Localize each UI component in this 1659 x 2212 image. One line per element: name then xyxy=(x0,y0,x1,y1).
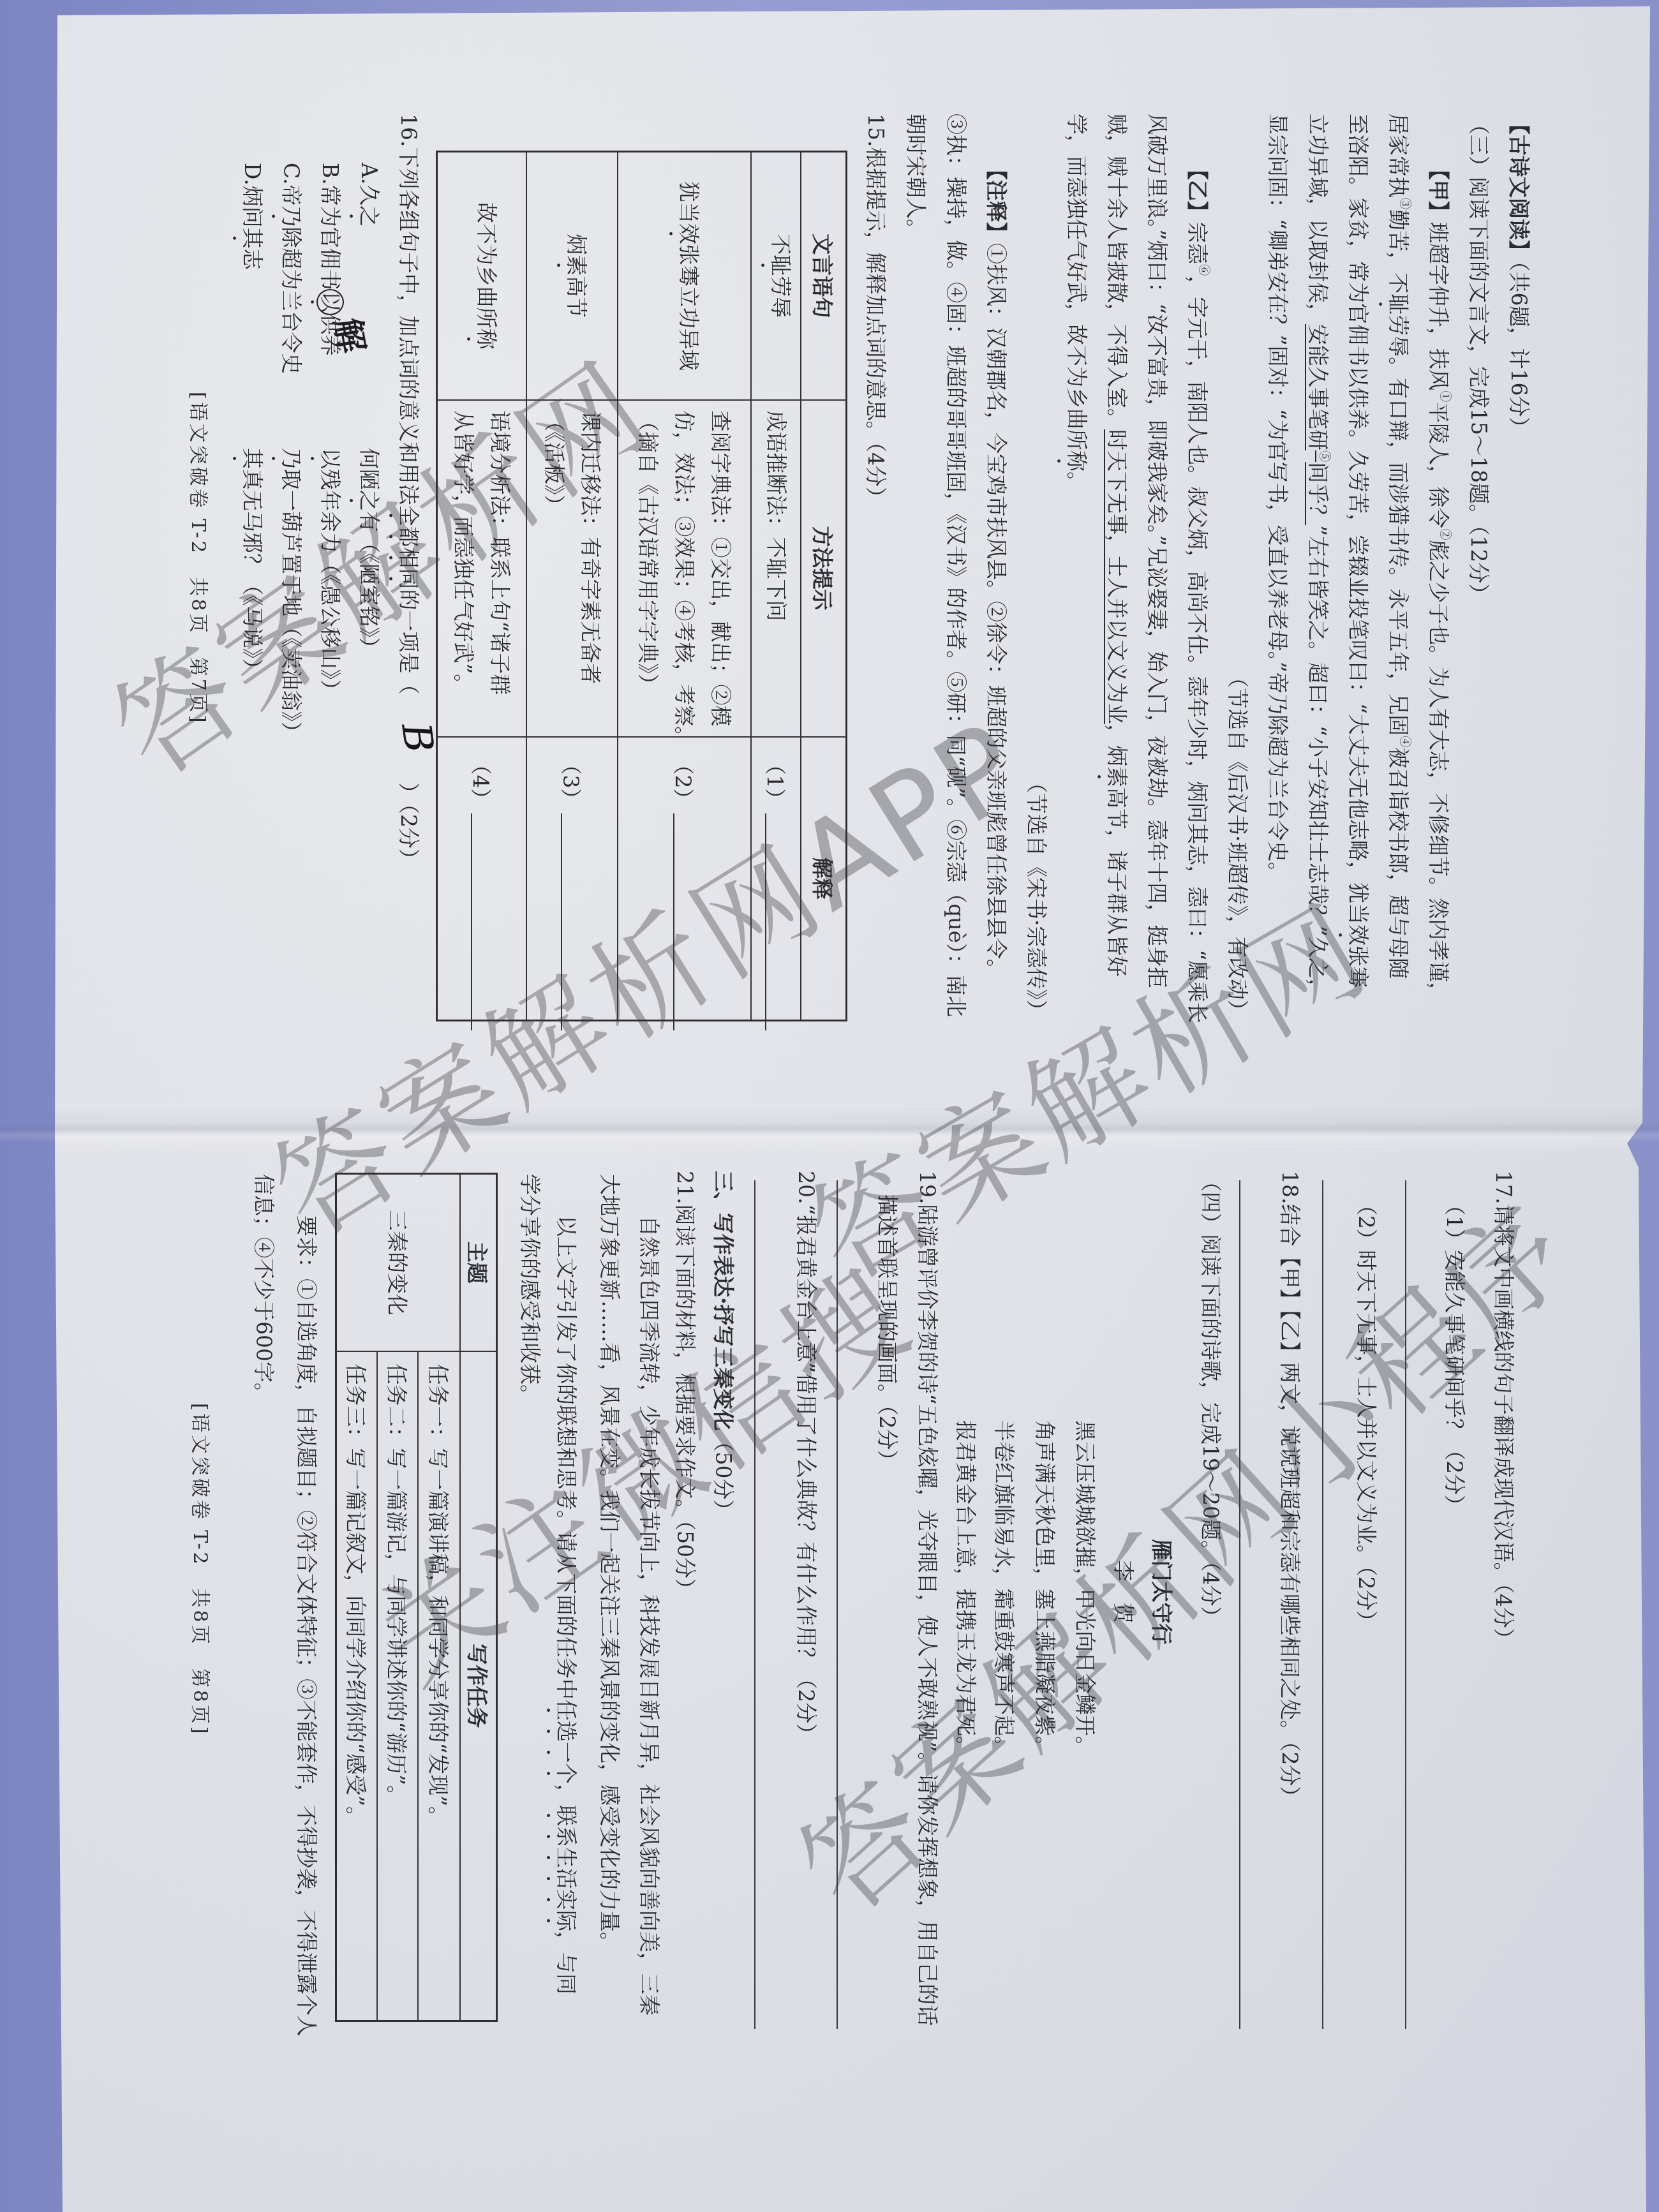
paper-fold xyxy=(0,1123,1659,1142)
option-a: A.久之 xyxy=(356,163,382,226)
writing-task-table: 主题 写作任务 三秦的变化 任务一：写一篇演讲稿，和同学分享你的“发现”。 任务… xyxy=(335,1173,498,2022)
material-line: 以上文字引发了你的联想和思考。请从下面的任务中任选一个，联系生活实际，与同 xyxy=(553,1215,579,1994)
cell-method-hint: 成语推断法：不耻下问 xyxy=(752,400,801,737)
emphasized-char: 素 xyxy=(1105,766,1129,787)
cell-sentence: 炳素高节 xyxy=(527,152,618,400)
cell-explanation: （3） xyxy=(527,737,618,1021)
material-line: 学分享你的感受和收获。 xyxy=(517,1174,542,1406)
option-b: B.常为官佣书以供养 xyxy=(317,163,343,356)
answer-label: （2） xyxy=(671,754,696,810)
question-19-stem-cont: 描述首联呈现的画面。（2分） xyxy=(874,1194,900,1471)
poem-line: 半卷红旗临易水，霜重鼓寒声不起。 xyxy=(991,1420,1016,1757)
option-a-compare: 何陋之有（《陋室铭》） xyxy=(356,448,382,658)
table-header-row: 主题 写作任务 xyxy=(461,1174,497,2021)
passage-line: 贼，贼十余人皆披散，不得入室。时天下无事，士人并以文义为业，炳素高节，诸子群从皆… xyxy=(1104,114,1129,977)
cell-method-hint: 语境分析法：联系上句“诸子群 从皆好学，而悫独任气好武”。 xyxy=(437,400,527,737)
answer-line xyxy=(1405,1180,1406,2029)
hint-line: （摘自《古汉语常用字字典》） xyxy=(630,411,667,736)
emphasized-char: 效 xyxy=(677,223,702,244)
passage-line: 【乙】宗悫⑥，字元干，南阳人也。叔父炳，高尚不仕。悫年少时，炳问其志，悫曰：“愿… xyxy=(1184,159,1210,1023)
annotation-line: 朝时宋朝人。 xyxy=(903,114,928,240)
question-18-stem: 18.结合【甲】【乙】两文，说说班超和宗悫有哪些相同之处。（2分） xyxy=(1277,1171,1302,1807)
option-label: C. xyxy=(279,163,304,185)
option-text-left: 常为官佣书以供养 xyxy=(318,185,343,356)
material-line: 自然景色四季流转，少年成长拔节向上，科技发展日新月异，社会风貌向善向美，三秦 xyxy=(636,1215,662,2015)
passage-line: 风破万里浪。”炳曰：“汝不富贵，即破我家矣。”兄泌娶妻，始入门，夜被劫。悫年十四… xyxy=(1144,114,1170,988)
requirements-line: 信息；④不少于600字。 xyxy=(251,1174,276,1404)
annotation-line: ③执：操持，做。④固：班超的哥哥班固，《汉书》的作者。⑤研：同“砚”。⑥宗悫（q… xyxy=(943,114,969,1017)
hint-line: （《活板》） xyxy=(536,411,572,736)
option-label: B. xyxy=(318,163,343,185)
emphasized-char: 其 xyxy=(240,448,265,469)
answer-line xyxy=(837,1180,838,2029)
answer-label: （1） xyxy=(763,754,787,810)
passage-line: 立功异域，以取封侯，安能久事笔研⑤间乎？”左右皆笑之。超曰：“小子安知壮士志哉？… xyxy=(1305,114,1330,1000)
bold-label: 【古诗文阅读】 xyxy=(1506,114,1531,261)
passage-line: 显宗问固：“卿弟安在？”固对：“为官写书，受直以养老母。”帝乃除超为兰台令史。 xyxy=(1265,114,1290,883)
answer-blank xyxy=(471,813,472,1030)
note-marker: ③ xyxy=(1398,198,1411,209)
bold-label: 【乙】 xyxy=(1185,159,1210,222)
emphasized-char: 素 xyxy=(565,255,590,276)
header-sentence: 文言语句 xyxy=(801,152,847,400)
bold-label: 【甲】 xyxy=(1426,159,1451,222)
cell-sentence: 不耻劳辱 xyxy=(752,152,801,400)
requirements-line: 要求：①自选角度，自拟题目；②符合文体特征；③不能套作，不得抄袭，不得泄露个人 xyxy=(294,1215,319,2037)
option-b-compare: 以残年余力（《愚公移山》） xyxy=(317,448,343,701)
passage-line: 至洛阳。家贫，常为官佣书以供养。久劳苦，尝辍业投笔叹曰：“大丈夫无他志略，犹当效… xyxy=(1345,114,1371,988)
question-21-stem: 21.阅读下面的材料，根据要求作文。（50分） xyxy=(672,1171,697,1600)
emphasized-char: 以 xyxy=(318,448,343,469)
answer-line xyxy=(754,1180,755,2029)
option-text-left: 炳问其志 xyxy=(240,186,265,270)
hint-line: 查阅字典法：①交出，献出；②模 xyxy=(703,411,740,736)
poem-line: 角声满天秋色里，塞上燕脂凝夜紫。 xyxy=(1032,1420,1057,1757)
question-15-table: 文言语句 方法提示 解释 不耻劳辱 成语推断法：不耻下问 （1） 犹当效张骞立功… xyxy=(436,151,847,1021)
underlined-sentence: 时天下无事，士人并以文义为业 xyxy=(1105,429,1129,724)
hint-line: 从皆好学，而悫独任气好武”。 xyxy=(445,411,482,736)
cell-explanation: （1） xyxy=(752,737,801,1021)
table-row: 故不为乡曲所称 语境分析法：联系上句“诸子群 从皆好学，而悫独任气好武”。 （4… xyxy=(437,152,527,1021)
answer-blank xyxy=(765,813,766,1030)
passage-line: 居家常执③勤苦，不耻劳辱。有口辩，而涉猎书传。永平五年，兄固④被召诣校书郎，超与… xyxy=(1385,114,1411,979)
table-row: 炳素高节 课内迁移法：有奇字素无备者 （《活板》） （3） xyxy=(527,152,618,1021)
emphasized-char: 效 xyxy=(1346,924,1371,946)
hint-line: 课内迁移法：有奇字素无备者 xyxy=(572,411,609,736)
emphasized-char: 其 xyxy=(240,228,265,249)
table-row: 三秦的变化 任务一：写一篇演讲稿，和同学分享你的“发现”。 xyxy=(419,1174,461,2021)
answer-line xyxy=(1322,1180,1323,2029)
note-marker: ⑥ xyxy=(1197,264,1210,276)
subsection-heading: （三）阅读下面的文言文，完成15～18题。（12分） xyxy=(1466,114,1491,604)
answer-label: （4） xyxy=(468,754,493,810)
passage-line: 【甲】班超字仲升，扶风①平陵人，徐令②彪之少子也。为人有大志，不修细节。然内孝谨… xyxy=(1425,159,1451,1003)
poem-author: 李 贺 xyxy=(1110,1467,1136,1716)
cell-sentence: 故不为乡曲所称 xyxy=(437,152,527,400)
underlined-sentence: 间乎？ xyxy=(1306,462,1330,525)
emphasized-char: 耻 xyxy=(1386,293,1411,315)
emphasized-char: 耻 xyxy=(768,255,793,276)
option-c: C.帝乃除超为兰台令史 xyxy=(278,163,304,375)
poem-line: 黑云压城城欲摧，甲光向日金鳞开。 xyxy=(1072,1420,1097,1757)
part-4-heading: （四）阅读下面的诗歌，完成19～20题。（4分） xyxy=(1198,1171,1223,1627)
header-writing-task: 写作任务 xyxy=(461,1351,497,2021)
note-marker: ④ xyxy=(1398,736,1411,747)
emphasized-char: 之 xyxy=(357,490,382,511)
emphasized-char: 全都相同 xyxy=(396,505,421,589)
cell-theme: 三秦的变化 xyxy=(336,1174,461,1351)
passage-line: 学，而悫独任气好武，故不为乡曲所称。 xyxy=(1064,114,1089,493)
question-17-item: （2）时天下无事，士人并以文义为业。（2分） xyxy=(1353,1194,1379,1632)
hint-line: 语境分析法：联系上句“诸子群 xyxy=(482,411,518,736)
option-label: A. xyxy=(357,163,382,184)
material-line: 大地万象更新……看，风景在变。我们一起关注三秦风景的变化，感受变化的力量。 xyxy=(597,1174,622,1953)
underlined-sentence: 安能久事笔研 xyxy=(1306,324,1330,450)
hint-line: 仿，效法；③效果；④考核，考察。 xyxy=(667,411,703,736)
cell-method-hint: 查阅字典法：①交出，献出；②模 仿，效法；③效果；④考核，考察。 （摘自《古汉语… xyxy=(618,400,752,737)
circled-char: 以 xyxy=(316,289,344,315)
answer-blank xyxy=(562,813,563,1030)
question-15-stem: 15.根据提示，解释加点词的意思。（4分） xyxy=(863,114,888,508)
note-marker: ⑤ xyxy=(1318,450,1331,462)
question-17-stem: 17.请将文中画横线的句子翻译成现代汉语。（4分） xyxy=(1491,1171,1516,1649)
cell-sentence: 犹当效张骞立功异域 xyxy=(618,152,752,400)
table-header-row: 文言语句 方法提示 解释 xyxy=(801,152,847,1021)
emphasized-char: 称 xyxy=(1064,450,1089,471)
section-3-heading: 三、写作表达·抒写三秦变化（50分） xyxy=(710,1171,736,1521)
table-row: 不耻劳辱 成语推断法：不耻下问 （1） xyxy=(752,152,801,1021)
cell-task: 任务二：写一篇游记，与同学讲述你的“游历”。 xyxy=(378,1351,419,2021)
answer-blank xyxy=(674,813,675,1030)
poem-title: 雁门太守行 xyxy=(1149,1467,1174,1716)
page-footer: [语文突破卷 T-2 共8页 第7页] xyxy=(185,392,211,725)
question-20-stem: 20.“报君黄金台上意”借用了什么典故？有什么作用？（2分） xyxy=(793,1171,819,1744)
answer-line xyxy=(1239,1180,1240,2029)
question-17-item: （1）安能久事笔研间乎？（2分） xyxy=(1441,1194,1467,1516)
emphasized-char: 乃 xyxy=(279,206,304,227)
handwritten-answer: B xyxy=(411,695,423,782)
bold-label: 三、写作表达·抒写三秦变化 xyxy=(711,1171,736,1431)
option-c-compare: 乃取一葫芦置于地（《卖油翁》） xyxy=(278,448,304,743)
option-d-compare: 其真无马邪？（《马说》） xyxy=(239,448,265,679)
poem-line: 报君黄金台上意，提携玉龙为君死。 xyxy=(953,1420,978,1757)
cell-explanation: （4） xyxy=(437,737,527,1021)
table-row: 犹当效张骞立功异域 查阅字典法：①交出，献出；②模 仿，效法；③效果；④考核，考… xyxy=(618,152,752,1021)
option-label: D. xyxy=(240,163,265,186)
note-marker: ② xyxy=(1438,528,1452,540)
answer-label: （3） xyxy=(559,754,584,810)
page-footer: [语文突破卷 T-2 共8页 第8页] xyxy=(187,1403,212,1736)
cell-method-hint: 课内迁移法：有奇字素无备者 （《活板》） xyxy=(527,400,618,737)
passage-source: （节选自《宋书·宗悫传》） xyxy=(1023,772,1049,1021)
option-d: D.炳问其志 xyxy=(239,163,265,270)
emphasized-char: 任选一个 xyxy=(554,1700,579,1784)
option-text-left: 久之 xyxy=(357,184,382,226)
passage-source: （节选自《后汉书·班超传》，有改动） xyxy=(1224,667,1250,1021)
cell-task: 任务一：写一篇演讲稿，和同学分享你的“发现”。 xyxy=(419,1351,461,2021)
emphasized-char: 称 xyxy=(474,329,499,350)
question-16-stem: 16.下列各组句子中，加点词的意义和用法全都相同的一项是（B）（2分） xyxy=(396,114,421,870)
emphasized-char: 乃 xyxy=(279,448,304,469)
note-marker: ① xyxy=(1438,390,1452,402)
header-explanation: 解释 xyxy=(801,737,847,1021)
exam-sheet: 【古诗文阅读】（共6题，计16分） （三）阅读下面的文言文，完成15～18题。（… xyxy=(0,0,1659,2212)
emphasized-char: 联系生活实际 xyxy=(554,1805,579,1931)
cell-task: 任务三：写一篇记叙文，向同学介绍你的“感受”。 xyxy=(336,1351,378,2021)
cell-explanation: （2） xyxy=(618,737,752,1021)
hint-line: 成语推断法：不耻下问 xyxy=(758,411,794,736)
option-text-left: 帝乃除超为兰台令史 xyxy=(279,185,304,375)
emphasized-char: 之 xyxy=(357,205,382,226)
header-method-hint: 方法提示 xyxy=(801,400,847,737)
header-theme: 主题 xyxy=(461,1174,497,1351)
bold-label: 【注释】 xyxy=(984,159,1009,243)
question-19-stem: 19.陆游曾评价李贺的诗“五色炫曜，光夺眼目，使人不敢熟视”。请你发挥想象，用自… xyxy=(914,1171,940,2026)
annotation-line: 【注释】①扶风：汉朝郡名，今宝鸡市扶风县。②徐令：班超的父亲班彪曾任徐县县令。 xyxy=(983,159,1009,980)
section-title: 【古诗文阅读】（共6题，计16分） xyxy=(1506,114,1531,438)
